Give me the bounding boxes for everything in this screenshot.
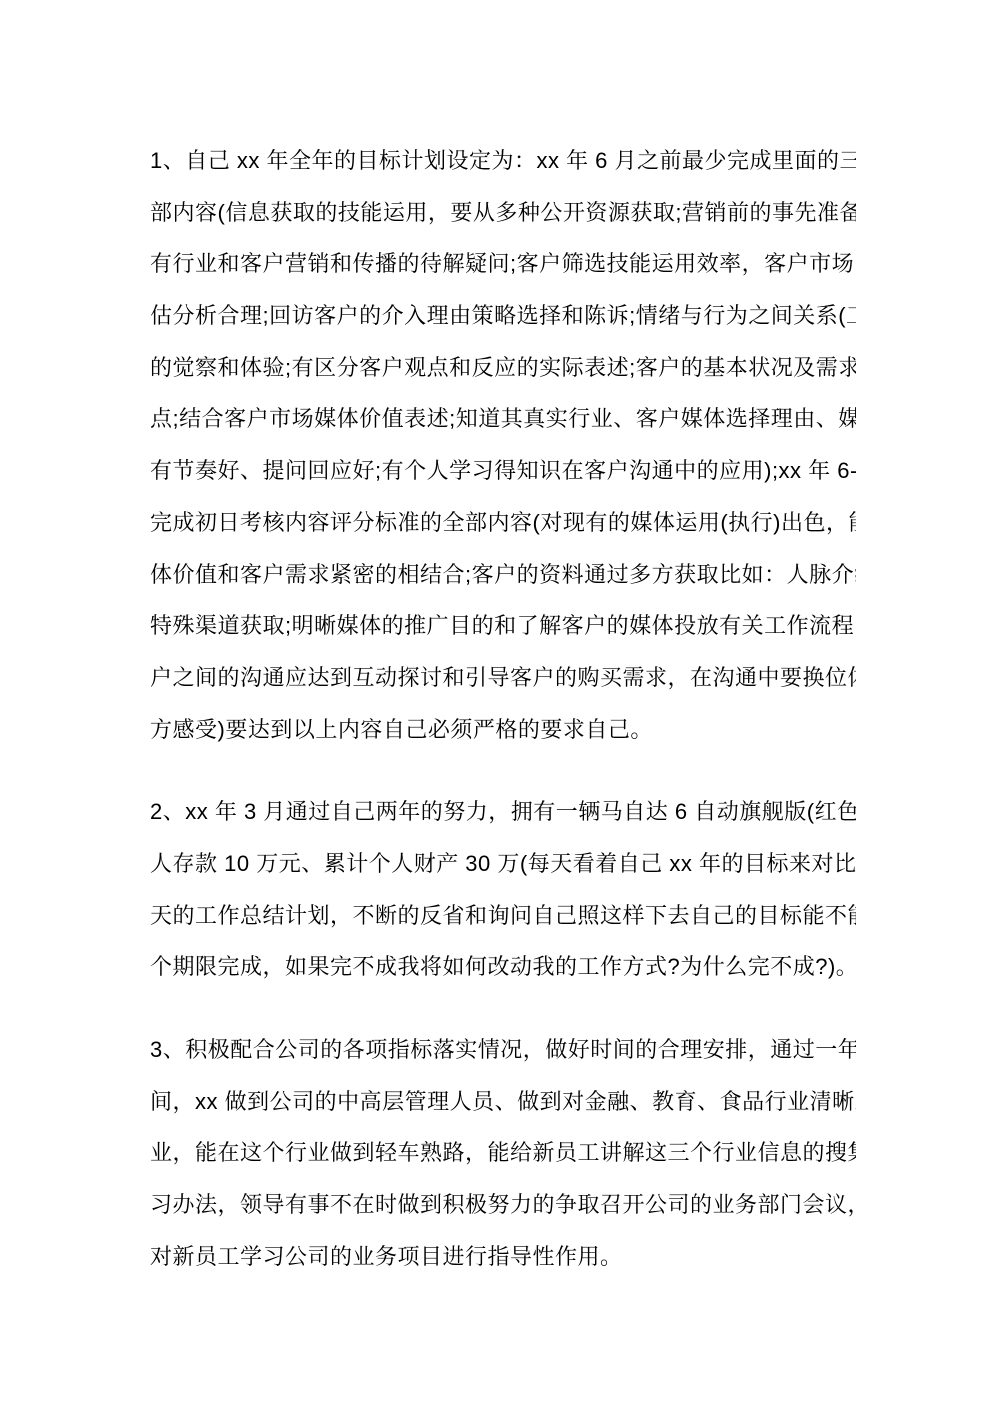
text-line: 点;结合客户市场媒体价值表述;知道其真实行业、客户媒体选择理由、媒体观; xyxy=(150,393,856,445)
text-line: 特殊渠道获取;明晰媒体的推广目的和了解客户的媒体投放有关工作流程;和客 xyxy=(150,600,856,652)
text-line: 个期限完成，如果完不成我将如何改动我的工作方式?为什么完不成?)。 xyxy=(150,941,856,993)
text-line: 估分析合理;回访客户的介入理由策略选择和陈诉;情绪与行为之间关系(工作中) xyxy=(150,290,856,342)
text-line: 完成初日考核内容评分标准的全部内容(对现有的媒体运用(执行)出色，能将媒 xyxy=(150,497,856,549)
paragraph-2: 2、xx 年 3 月通过自己两年的努力，拥有一辆马自达 6 自动旗舰版(红色)、… xyxy=(150,786,856,993)
text-line: 业，能在这个行业做到轻车熟路，能给新员工讲解这三个行业信息的搜集和学 xyxy=(150,1127,856,1179)
text-line: 有行业和客户营销和传播的待解疑问;客户筛选技能运用效率，客户市场阶段评 xyxy=(150,238,856,290)
text-line: 1、自己 xx 年全年的目标计划设定为：xx 年 6 月之前最少完成里面的三分全 xyxy=(150,135,856,187)
text-line: 体价值和客户需求紧密的相结合;客户的资料通过多方获取比如：人脉介绍获取、 xyxy=(150,549,856,601)
paragraph-1: 1、自己 xx 年全年的目标计划设定为：xx 年 6 月之前最少完成里面的三分全… xyxy=(150,135,856,755)
text-line: 部内容(信息获取的技能运用，要从多种公开资源获取;营销前的事先准备工作， xyxy=(150,187,856,239)
text-line: 3、积极配合公司的各项指标落实情况，做好时间的合理安排，通过一年的时 xyxy=(150,1024,856,1076)
text-line: 户之间的沟通应达到互动探讨和引导客户的购买需求，在沟通中要换位体察对 xyxy=(150,652,856,704)
text-line: 天的工作总结计划，不断的反省和询问自己照这样下去自己的目标能不能在这 xyxy=(150,890,856,942)
text-line: 有节奏好、提问回应好;有个人学习得知识在客户沟通中的应用);xx 年 6-12 … xyxy=(150,445,856,497)
text-line: 对新员工学习公司的业务项目进行指导性作用。 xyxy=(150,1231,856,1283)
text-line: 间，xx 做到公司的中高层管理人员、做到对金融、教育、食品行业清晰三个行 xyxy=(150,1076,856,1128)
text-line: 人存款 10 万元、累计个人财产 30 万(每天看着自己 xx 年的目标来对比自… xyxy=(150,838,856,890)
text-line: 方感受)要达到以上内容自己必须严格的要求自己。 xyxy=(150,704,856,756)
text-line: 的觉察和体验;有区分客户观点和反应的实际表述;客户的基本状况及需求关注 xyxy=(150,342,856,394)
text-line: 2、xx 年 3 月通过自己两年的努力，拥有一辆马自达 6 自动旗舰版(红色)、… xyxy=(150,786,856,838)
text-line: 习办法，领导有事不在时做到积极努力的争取召开公司的业务部门会议，能够 xyxy=(150,1179,856,1231)
document-body: 1、自己 xx 年全年的目标计划设定为：xx 年 6 月之前最少完成里面的三分全… xyxy=(150,135,856,1282)
paragraph-3: 3、积极配合公司的各项指标落实情况，做好时间的合理安排，通过一年的时间，xx 做… xyxy=(150,1024,856,1282)
